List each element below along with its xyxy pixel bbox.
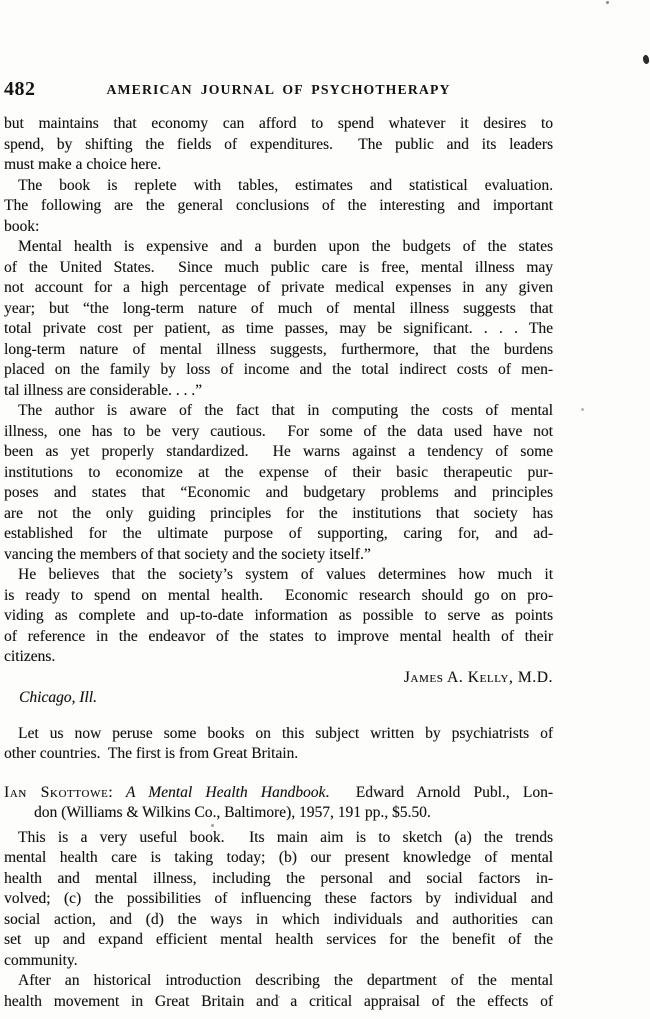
text-segment: must make a choice here. <box>4 156 161 173</box>
page-content: 482 AMERICAN JOURNAL OF PSYCHOTHERAPY bu… <box>4 80 553 1012</box>
text-segment: of reference in the endeavor of the stat… <box>4 628 553 645</box>
text-segment: poses and states that “Economic and budg… <box>4 484 553 501</box>
text-line: don (Williams & Wilkins Co., Baltimore),… <box>4 803 553 824</box>
text-line: but maintains that economy can afford to… <box>4 114 553 135</box>
paragraph: After an historical introduction describ… <box>4 971 553 1012</box>
text-segment: health and mental illness, including the… <box>4 870 553 887</box>
text-line: After an historical introduction describ… <box>4 971 553 992</box>
signature: James A. Kelly, M.D. <box>4 668 553 689</box>
text-line: James A. Kelly, M.D. <box>4 668 553 689</box>
text-segment: : <box>108 784 126 801</box>
scan-speck <box>581 408 584 411</box>
text-segment: of the United States. Since much public … <box>4 259 553 276</box>
text-segment: is ready to spend on mental health. Econ… <box>4 587 553 604</box>
text-line: not account for a high percentage of pri… <box>4 278 553 299</box>
text-segment: illness, one has to be very cautious. Fo… <box>4 423 553 440</box>
text-segment: not account for a high percentage of pri… <box>4 279 553 296</box>
scan-speck <box>211 824 214 827</box>
byline: Chicago, Ill. <box>4 688 553 709</box>
text-segment: James A. Kelly, M.D. <box>404 669 553 686</box>
text-line: other countries. The first is from Great… <box>4 744 553 765</box>
text-line: set up and expand efficient mental healt… <box>4 930 553 951</box>
text-line: must make a choice here. <box>4 155 553 176</box>
text-segment: Let us now peruse some books on this sub… <box>18 725 553 742</box>
text-segment: been as yet properly standardized. He wa… <box>4 443 553 460</box>
citation: Ian Skottowe: A Mental Health Handbook. … <box>4 783 553 824</box>
scan-speck <box>606 1 609 4</box>
paragraph: Mental health is expensive and a burden … <box>4 237 553 401</box>
paragraph: This is a very useful book. Its main aim… <box>4 828 553 972</box>
text-line: health movement in Great Britain and a c… <box>4 992 553 1013</box>
text-segment: citizens. <box>4 648 55 665</box>
text-segment: spend, by shifting the fields of expendi… <box>4 136 553 153</box>
text-line: Ian Skottowe: A Mental Health Handbook. … <box>4 783 553 804</box>
paragraph: Let us now peruse some books on this sub… <box>4 724 553 765</box>
text-segment: The book is replete with tables, estimat… <box>18 177 553 194</box>
journal-title: AMERICAN JOURNAL OF PSYCHOTHERAPY <box>4 82 553 98</box>
text-segment: This is a very useful book. Its main aim… <box>18 829 553 846</box>
text-line: year; but “the long-term nature of much … <box>4 299 553 320</box>
text-line: health and mental illness, including the… <box>4 869 553 890</box>
text-line: He believes that the society’s system of… <box>4 565 553 586</box>
text-segment: long-term nature of mental illness sugge… <box>4 341 553 358</box>
text-line: social action, and (d) the ways in which… <box>4 910 553 931</box>
text-segment: A Mental Health Handbook <box>126 784 326 801</box>
text-line: The book is replete with tables, estimat… <box>4 176 553 197</box>
text-line: long-term nature of mental illness sugge… <box>4 340 553 361</box>
text-line: of reference in the endeavor of the stat… <box>4 627 553 648</box>
text-line: institutions to economize at the expense… <box>4 463 553 484</box>
text-line: tal illness are considerable. . . .” <box>4 381 553 402</box>
text-segment: Mental health is expensive and a burden … <box>18 238 553 255</box>
scan-speck <box>277 996 280 998</box>
text-segment: . Edward Arnold Publ., Lon- <box>325 784 553 801</box>
text-line: Chicago, Ill. <box>4 688 553 709</box>
text-segment: but maintains that economy can afford to… <box>4 115 553 132</box>
text-line: placed on the family by loss of income a… <box>4 360 553 381</box>
text-segment: mental health care is taking today; (b) … <box>4 849 553 866</box>
text-line: is ready to spend on mental health. Econ… <box>4 586 553 607</box>
text-segment: established for the ultimate purpose of … <box>4 525 553 542</box>
running-header: 482 AMERICAN JOURNAL OF PSYCHOTHERAPY <box>4 80 553 101</box>
text-line: poses and states that “Economic and budg… <box>4 483 553 504</box>
text-line: mental health care is taking today; (b) … <box>4 848 553 869</box>
text-segment: Ian Skottowe <box>4 784 108 801</box>
text-segment: social action, and (d) the ways in which… <box>4 911 553 928</box>
text-segment: are not the only guiding principles for … <box>4 505 553 522</box>
page-body: but maintains that economy can afford to… <box>4 114 553 1012</box>
text-line: of the United States. Since much public … <box>4 258 553 279</box>
text-line: been as yet properly standardized. He wa… <box>4 442 553 463</box>
text-line: citizens. <box>4 647 553 668</box>
text-segment: After an historical introduction describ… <box>18 972 553 989</box>
text-segment: Chicago, Ill. <box>19 689 97 706</box>
text-segment: vancing the members of that society and … <box>4 546 371 563</box>
text-line: community. <box>4 951 553 972</box>
paragraph: The author is aware of the fact that in … <box>4 401 553 565</box>
text-segment: don (Williams & Wilkins Co., Baltimore),… <box>34 804 431 821</box>
scan-speck <box>642 54 650 64</box>
text-segment: The following are the general conclusion… <box>4 197 553 214</box>
text-line: are not the only guiding principles for … <box>4 504 553 525</box>
text-segment: He believes that the society’s system of… <box>18 566 553 583</box>
text-segment: The author is aware of the fact that in … <box>18 402 553 419</box>
text-line: viding as complete and up-to-date inform… <box>4 606 553 627</box>
text-segment: other countries. The first is from Great… <box>4 745 298 762</box>
text-segment: placed on the family by loss of income a… <box>4 361 553 378</box>
text-line: The author is aware of the fact that in … <box>4 401 553 422</box>
text-line: illness, one has to be very cautious. Fo… <box>4 422 553 443</box>
text-segment: set up and expand efficient mental healt… <box>4 931 553 948</box>
text-segment: total private cost per patient, as time … <box>4 320 553 337</box>
text-line: established for the ultimate purpose of … <box>4 524 553 545</box>
paragraph: He believes that the society’s system of… <box>4 565 553 668</box>
paragraph: The book is replete with tables, estimat… <box>4 176 553 238</box>
text-line: Mental health is expensive and a burden … <box>4 237 553 258</box>
text-line: volved; (c) the possibilities of influen… <box>4 889 553 910</box>
scanned-page: 482 AMERICAN JOURNAL OF PSYCHOTHERAPY bu… <box>0 0 650 1019</box>
text-segment: tal illness are considerable. . . .” <box>4 382 202 399</box>
text-line: total private cost per patient, as time … <box>4 319 553 340</box>
text-segment: volved; (c) the possibilities of influen… <box>4 890 553 907</box>
text-line: The following are the general conclusion… <box>4 196 553 217</box>
text-segment: viding as complete and up-to-date inform… <box>4 607 553 624</box>
text-line: vancing the members of that society and … <box>4 545 553 566</box>
paragraph: but maintains that economy can afford to… <box>4 114 553 176</box>
text-segment: community. <box>4 952 77 969</box>
text-line: Let us now peruse some books on this sub… <box>4 724 553 745</box>
text-line: book: <box>4 217 553 238</box>
text-line: spend, by shifting the fields of expendi… <box>4 135 553 156</box>
text-segment: book: <box>4 218 39 235</box>
text-segment: year; but “the long-term nature of much … <box>4 300 553 317</box>
text-line: This is a very useful book. Its main aim… <box>4 828 553 849</box>
text-segment: institutions to economize at the expense… <box>4 464 553 481</box>
